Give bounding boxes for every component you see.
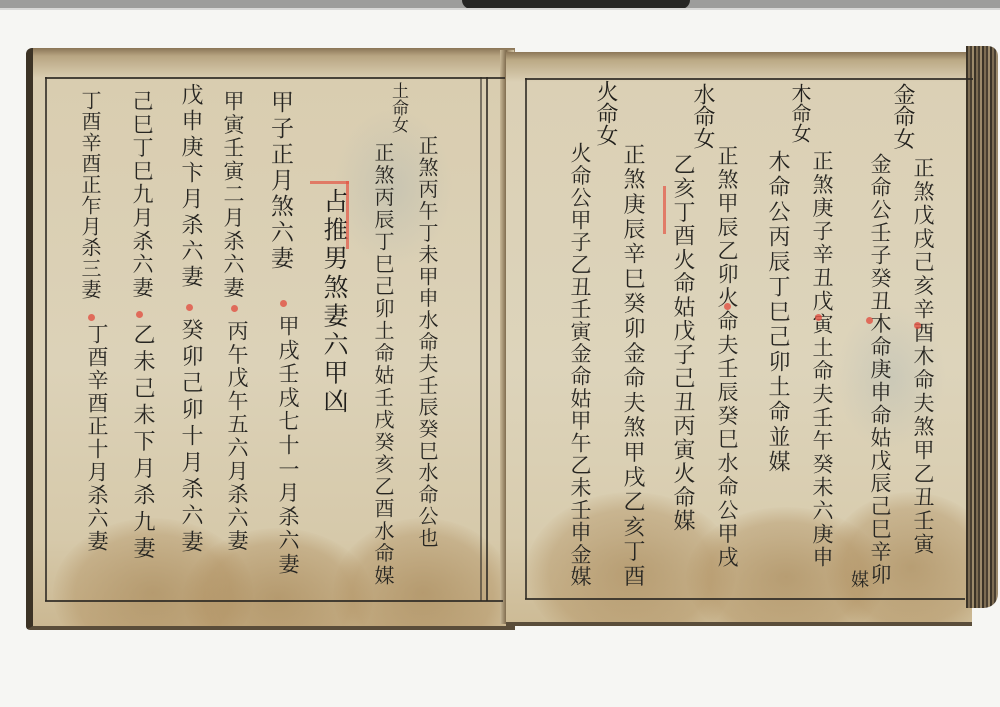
red-punctuation-mark: [815, 314, 822, 321]
red-punctuation-mark: [280, 300, 287, 307]
text-column: 正煞戊戌己亥辛酉木命夫煞甲乙丑壬寅: [912, 157, 933, 557]
entry-lower: 丁酉辛酉正十月杀六妻: [86, 323, 107, 553]
text-column: 正煞丙辰丁巳己卯土命姑壬戌癸亥乙酉水命媒: [373, 142, 393, 587]
table-title: 占推男煞妻六甲凶: [322, 188, 347, 417]
page-stack-edge: [966, 46, 998, 608]
entry-upper: 丁酉辛酉正乍月杀三妻: [80, 90, 100, 300]
red-punctuation-mark: [136, 311, 143, 318]
red-punctuation-mark: [231, 305, 238, 312]
red-punctuation-mark: [724, 303, 731, 310]
text-column: 金命公壬子癸丑木命庚申命姑戊辰己巳辛卯: [869, 153, 890, 586]
red-punctuation-mark: [914, 322, 921, 329]
left-inner-rule: [486, 77, 488, 601]
red-annotation-line: [663, 186, 666, 234]
entry-upper: 甲寅壬寅二月杀六妻: [222, 90, 243, 300]
red-bracket-mark: [310, 181, 349, 184]
left-bottom-rule: [45, 600, 503, 602]
open-book: [22, 42, 998, 626]
text-column: 火命公甲子乙丑壬寅金命姑甲午乙未壬申金媒: [569, 142, 590, 588]
entry-upper: 甲子正月煞六妻: [268, 90, 291, 272]
entry-lower: 甲戌壬戌七十一月杀六妻: [277, 315, 298, 577]
text-column: 正煞庚辰辛巳癸卯金命夫煞甲戌乙亥丁酉: [621, 143, 643, 589]
left-inner-rule: [480, 77, 482, 601]
left-top-rule: [45, 77, 505, 79]
section-heading-fire-woman: 火命女: [594, 80, 616, 146]
entry-lower: 丙午戊午五六月杀六妻: [226, 320, 247, 553]
scan-line: [0, 8, 1000, 10]
section-heading-wood-woman: 木命女: [790, 83, 810, 143]
section-heading-earth-woman: 土命女: [389, 82, 406, 133]
entry-lower: 乙未己未下月杀九妻: [131, 323, 153, 563]
text-column: 正煞丙午丁未甲申水命夫壬辰癸巳水命公也: [417, 135, 437, 549]
section-heading-metal-woman: 金命女: [891, 83, 913, 150]
water-stain: [826, 492, 972, 626]
red-punctuation-mark: [88, 314, 95, 321]
red-punctuation-mark: [866, 317, 873, 324]
text-column: 正煞甲辰乙卯火命夫壬辰癸巳水命公甲戌: [716, 145, 737, 570]
text-column: 乙亥丁酉火命姑戊子己丑丙寅火命媒: [671, 153, 693, 533]
text-column: 木命公丙辰丁巳己卯土命並媒: [766, 150, 788, 475]
left-border-rule: [45, 77, 47, 601]
entry-lower: 癸卯己卯十月杀六妻: [179, 318, 201, 557]
text-trailing-char: 媒: [849, 570, 867, 588]
red-bracket-mark: [346, 181, 349, 249]
right-bottom-rule: [525, 598, 965, 600]
text-column: 正煞庚子辛丑戊寅土命夫壬午癸未六庚申: [811, 150, 832, 569]
entry-upper: 己巳丁巳九月杀六妻: [131, 90, 152, 300]
red-punctuation-mark: [186, 304, 193, 311]
scanner-edge: [0, 0, 1000, 8]
entry-upper: 戊申庚卞月杀六妻: [179, 83, 201, 291]
section-heading-water-woman: 水命女: [691, 83, 713, 149]
right-inner-rule: [525, 78, 527, 599]
